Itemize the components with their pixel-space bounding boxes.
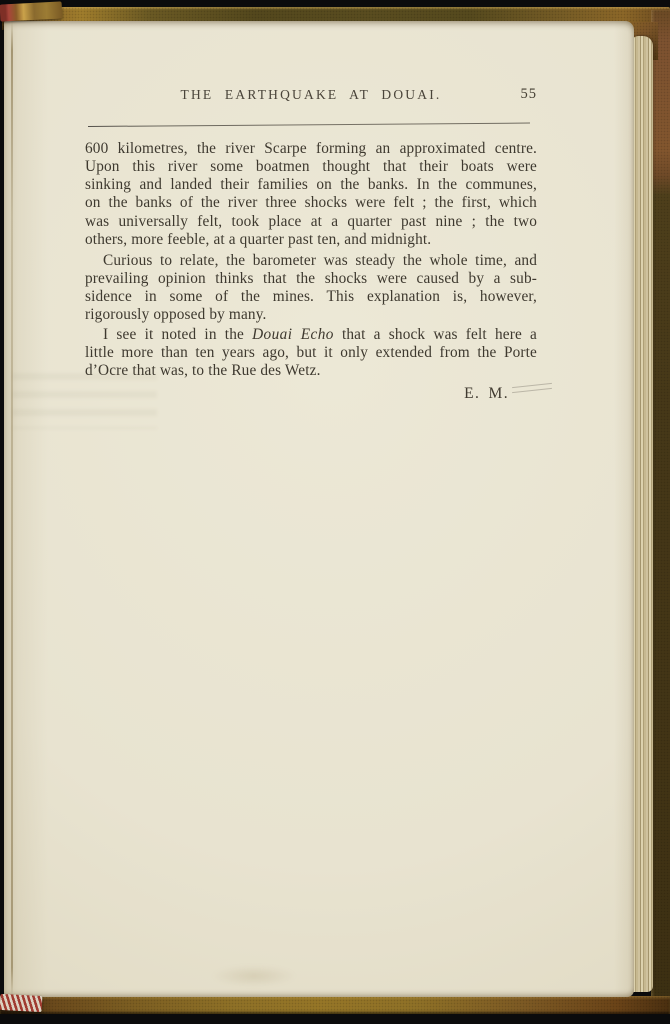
text-line: on the banks of the river three shocks w… bbox=[85, 194, 537, 212]
gutter-crease bbox=[11, 21, 13, 997]
running-title: THE EARTHQUAKE AT DOUAI. bbox=[85, 87, 537, 103]
endband-bottom bbox=[0, 994, 42, 1012]
text-line: others, more feeble, at a quarter past t… bbox=[85, 231, 537, 249]
book-page: THE EARTHQUAKE AT DOUAI. 55 600 kilometr… bbox=[4, 21, 634, 997]
paragraph-3: I see it noted in the Douai Echo that a … bbox=[85, 326, 537, 380]
text-line: was universally felt, took place at a qu… bbox=[85, 213, 537, 231]
page-number: 55 bbox=[521, 86, 538, 103]
stain-mark bbox=[194, 961, 314, 991]
header-rule bbox=[88, 123, 530, 127]
book-cover-right-edge bbox=[651, 10, 670, 1013]
text-segment: I see it noted in the bbox=[103, 326, 252, 343]
text-segment: that a shock was felt here a bbox=[334, 326, 537, 343]
book-cover-bottom-edge bbox=[0, 996, 670, 1014]
text-line: Upon this river some boatmen thought tha… bbox=[85, 158, 537, 176]
body-text: 600 kilometres, the river Scarpe forming… bbox=[85, 140, 537, 403]
paragraph-1: 600 kilometres, the river Scarpe forming… bbox=[85, 140, 537, 249]
text-line: prevailing opinion thinks that the shock… bbox=[85, 270, 537, 288]
text-line: I see it noted in the Douai Echo that a … bbox=[85, 326, 537, 344]
text-line: rigorously opposed by many. bbox=[85, 306, 537, 324]
text-line: 600 kilometres, the river Scarpe forming… bbox=[85, 140, 537, 158]
endband-top bbox=[0, 1, 62, 21]
text-line: sidence in some of the mines. This expla… bbox=[85, 288, 537, 306]
show-through-text bbox=[12, 373, 157, 429]
text-line: sinking and landed their families on the… bbox=[85, 176, 537, 194]
text-line: Curious to relate, the barometer was ste… bbox=[85, 252, 537, 270]
running-header: THE EARTHQUAKE AT DOUAI. 55 bbox=[85, 87, 537, 109]
text-line: little more than ten years ago, but it o… bbox=[85, 344, 537, 362]
journal-name-italic: Douai Echo bbox=[252, 326, 334, 343]
pencil-marks bbox=[512, 381, 552, 393]
scanned-book-photo: THE EARTHQUAKE AT DOUAI. 55 600 kilometr… bbox=[0, 0, 670, 1024]
paragraph-2: Curious to relate, the barometer was ste… bbox=[85, 252, 537, 325]
